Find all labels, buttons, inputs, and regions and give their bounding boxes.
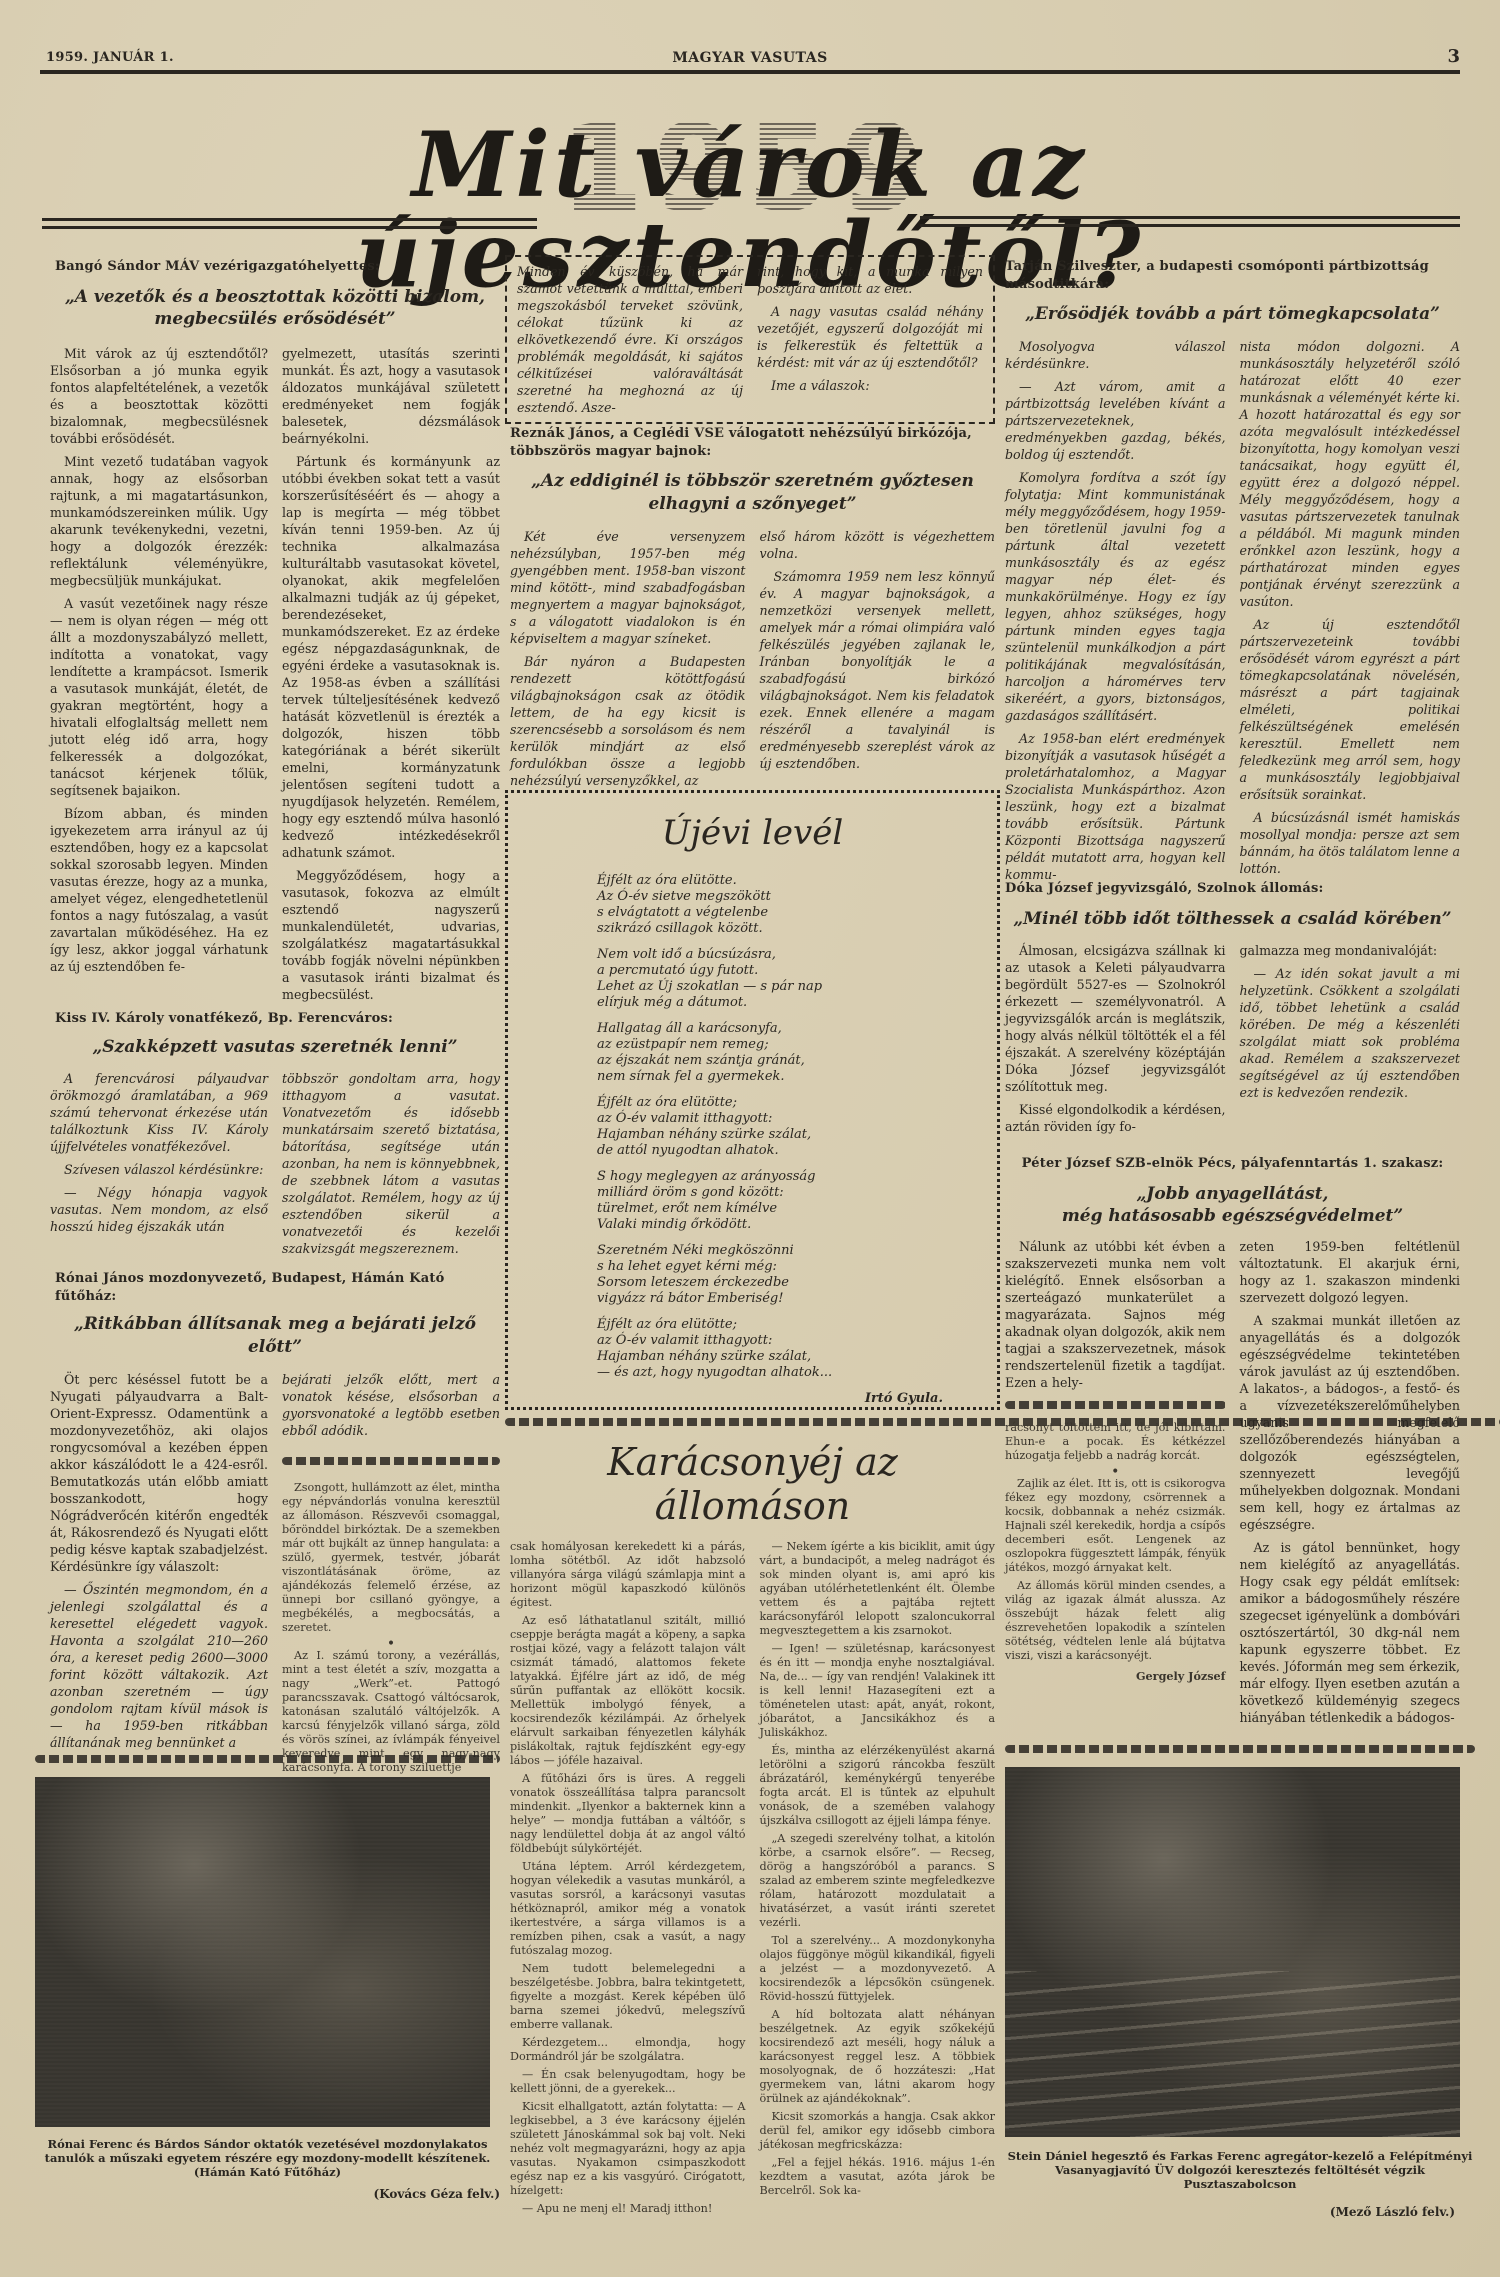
- byline: Reznák János, a Ceglédi VSE válogatott n…: [510, 425, 995, 460]
- article-kiss: Kiss IV. Károly vonatfékező, Bp. Ferencv…: [50, 1010, 500, 1263]
- article-title: „Szakképzett vasutas szeretnék lenni”: [50, 1036, 500, 1059]
- text-column: — Nekem ígérte a kis biciklit, amit úgy …: [760, 1540, 996, 2220]
- feature-title: Karácsonyéj az állomáson: [510, 1440, 995, 1528]
- paragraph: — Apu ne menj el! Maradj itthon!: [510, 2202, 746, 2216]
- paragraph: Öt perc késéssel futott be a Nyugati pál…: [50, 1371, 268, 1575]
- headline-rule: [920, 216, 1460, 219]
- paragraph: Ime a válaszok:: [757, 377, 983, 394]
- masthead: 1959. JANUÁR 1. MAGYAR VASUTAS 3: [40, 0, 1460, 80]
- paragraph: „Fel a fejjel hékás. 1916. május 1-én ke…: [760, 2156, 996, 2198]
- paragraph: A fűtőházi őrs is üres. A reggeli vonato…: [510, 1772, 746, 1856]
- paragraph: zeten 1959-ben feltétlenül változtatunk.…: [1240, 1238, 1461, 1306]
- paragraph: Kicsit szomorkás a hangja. Csak akkor de…: [760, 2110, 996, 2152]
- article-title: még hatásosabb egészségvédelmet”: [1005, 1205, 1460, 1228]
- decorative-divider: [1005, 1745, 1475, 1753]
- paragraph: rácsonyt töltöttem itt, de jól kibírtam.…: [1005, 1421, 1226, 1463]
- poem-line: milliárd öröm s gond között:: [597, 1185, 973, 1201]
- paragraph: „A szegedi szerelvény tolhat, a kitolón …: [760, 1832, 996, 1930]
- feature-lead-column: Zsongott, hullámzott az élet, mintha egy…: [282, 1481, 500, 1775]
- paragraph: — Négy hónapja vagyok vasutas. Nem mondo…: [50, 1184, 268, 1235]
- poem-line: Nem volt idő a búcsúzásra,: [597, 947, 973, 963]
- paragraph: Kicsit elhallgatott, aztán folytatta: — …: [510, 2100, 746, 2198]
- article-reznak: Reznák János, a Ceglédi VSE válogatott n…: [510, 425, 995, 795]
- poem-stanza: Éjfélt az óra elütötte.Az Ó-év sietve me…: [597, 873, 973, 937]
- poem-line: az éjszakát nem szántja gránát,: [597, 1053, 973, 1069]
- poem-line: s ha lehet egyet kérni még:: [597, 1259, 973, 1275]
- byline: Péter József SZB-elnök Pécs, pályafennta…: [1005, 1155, 1460, 1173]
- paragraph: Tol a szerelvény... A mozdonykonyha olaj…: [760, 1934, 996, 2004]
- text-column: Két éve versenyzem nehézsúlyban, 1957-be…: [510, 528, 746, 795]
- decorative-divider: [35, 1755, 500, 1763]
- poem-stanza: Éjfélt az óra elütötte;az Ó-év valamit i…: [597, 1095, 973, 1159]
- poem-body: Éjfélt az óra elütötte.Az Ó-év sietve me…: [597, 873, 973, 1381]
- poem-line: Hajamban néhány szürke szálat,: [597, 1349, 973, 1365]
- paragraph: Két éve versenyzem nehézsúlyban, 1957-be…: [510, 528, 746, 647]
- paragraph: És, mintha az elérzékenyülést akarná let…: [760, 1744, 996, 1828]
- article-title: „Erősödjék tovább a párt tömegkapcsolata…: [1005, 303, 1460, 326]
- paragraph: — Igen! — születésnap, karácsonyest és é…: [760, 1642, 996, 1740]
- article-title: „Az eddiginél is többször szeretném győz…: [530, 470, 975, 516]
- section-dot: •: [1005, 1467, 1226, 1477]
- byline: Rónai János mozdonyvezető, Budapest, Hám…: [55, 1270, 500, 1305]
- paragraph: nista módon dolgozni. A munkásosztály he…: [1240, 338, 1461, 610]
- headline-rule: [42, 218, 537, 221]
- text-column: első három között is végezhettem volna. …: [760, 528, 996, 795]
- poem-stanza: S hogy meglegyen az arányosságmilliárd ö…: [597, 1169, 973, 1233]
- poem-stanza: Szeretném Néki megköszönnis ha lehet egy…: [597, 1243, 973, 1307]
- poem-line: de attól nyugodtan alhatok.: [597, 1143, 973, 1159]
- article-tarjan: Tarján Szilveszter, a budapesti csomópon…: [1005, 258, 1460, 889]
- paragraph: galmazza meg mondanivalóját:: [1240, 942, 1461, 959]
- paragraph: gyelmezett, utasítás szerinti munkát. És…: [282, 345, 500, 447]
- text-column: Álmosan, elcsigázva szállnak ki az utaso…: [1005, 942, 1226, 1141]
- text-column: Mit várok az új esztendőtől? Elsősorban …: [50, 345, 268, 1009]
- poem-stanza: Nem volt idő a búcsúzásra,a percmutató ú…: [597, 947, 973, 1011]
- text-column: gyelmezett, utasítás szerinti munkát. És…: [282, 345, 500, 1009]
- photo-credit: (Mező László felv.): [1005, 2205, 1455, 2219]
- poem-line: Hajamban néhány szürke szálat,: [597, 1127, 973, 1143]
- text-column: többször gondoltam arra, hogy itthagyom …: [282, 1070, 500, 1263]
- paragraph: Utána léptem. Arról kérdezgetem, hogyan …: [510, 1860, 746, 1958]
- headline-rule: [42, 226, 537, 229]
- text-column: Nálunk az utóbbi két évben a szakszervez…: [1005, 1238, 1226, 1732]
- text-column: galmazza meg mondanivalóját: — Az idén s…: [1240, 942, 1461, 1141]
- paragraph: Zsongott, hullámzott az élet, mintha egy…: [282, 1481, 500, 1635]
- paragraph: Számomra 1959 nem lesz könnyű év. A magy…: [760, 568, 996, 772]
- paragraph: bejárati jelzők előtt, mert a vonatok ké…: [282, 1371, 500, 1439]
- poem-line: elírjuk még a dátumot.: [597, 995, 973, 1011]
- feature-column-3: rácsonyt töltöttem itt, de jól kibírtam.…: [1005, 1421, 1226, 1683]
- paragraph: — Őszintén megmondom, én a jelenlegi szo…: [50, 1581, 268, 1751]
- photo-caption: Stein Dániel hegesztő és Farkas Ferenc a…: [1005, 2149, 1475, 2191]
- poem-line: Hallgatag áll a karácsonyfa,: [597, 1021, 973, 1037]
- article-bango: Bangó Sándor MÁV vezérigazgatóhelyettes:…: [50, 258, 500, 1009]
- page-number: 3: [1447, 46, 1460, 67]
- photo-block-right: Stein Dániel hegesztő és Farkas Ferenc a…: [1005, 1745, 1475, 2219]
- paragraph: Mit várok az új esztendőtől? Elsősorban …: [50, 345, 268, 447]
- article-title: „Minél több időt tölthessek a család kör…: [1005, 908, 1460, 931]
- paragraph: első három között is végezhettem volna.: [760, 528, 996, 562]
- paragraph: csak homályosan kerekedett ki a párás, l…: [510, 1540, 746, 1610]
- paragraph: Komolyra fordítva a szót így folytatja: …: [1005, 469, 1226, 724]
- poem-line: az Ó-év valamit itthagyott:: [597, 1333, 973, 1349]
- paragraph: Kérdezgetem... elmondja, hogy Dormándról…: [510, 2036, 746, 2064]
- photo-caption: Rónai Ferenc és Bárdos Sándor oktatók ve…: [35, 2137, 500, 2179]
- paragraph: Bár nyáron a Budapesten rendezett kötött…: [510, 653, 746, 789]
- paragraph: Pártunk és kormányunk az utóbbi években …: [282, 453, 500, 861]
- photo-credit: (Kovács Géza felv.): [35, 2187, 500, 2201]
- poem-line: szikrázó csillagok között.: [597, 921, 973, 937]
- article-ronai: Rónai János mozdonyvezető, Budapest, Hám…: [50, 1270, 500, 1779]
- paragraph: — Azt várom, amit a pártbizottság levelé…: [1005, 378, 1226, 463]
- poem-line: vigyázz rá bátor Emberiség!: [597, 1291, 973, 1307]
- poem-box: Újévi levél Éjfélt az óra elütötte.Az Ó-…: [505, 790, 1000, 1410]
- masthead-rule: [40, 70, 1460, 74]
- poem-line: Valaki mindig őrködött.: [597, 1217, 973, 1233]
- paragraph: Nem tudott belemelegedni a beszélgetésbe…: [510, 1962, 746, 2032]
- article-title: „Ritkábban állítsanak meg a bejárati jel…: [50, 1313, 500, 1359]
- paragraph: Az eső láthatatlanul szitált, millió cse…: [510, 1614, 746, 1768]
- poem-line: Éjfélt az óra elütötte.: [597, 873, 973, 889]
- byline: Kiss IV. Károly vonatfékező, Bp. Ferencv…: [55, 1010, 500, 1028]
- poem-line: a percmutató úgy futott.: [597, 963, 973, 979]
- poem-stanza: Hallgatag áll a karácsonyfa,az ezüstpapí…: [597, 1021, 973, 1085]
- section-dot: •: [282, 1639, 500, 1649]
- article-title: „Jobb anyagellátást,: [1005, 1183, 1460, 1206]
- article-peter: Péter József SZB-elnök Pécs, pályafennta…: [1005, 1155, 1460, 1732]
- paragraph: Kissé elgondolkodik a kérdésen, aztán rö…: [1005, 1101, 1226, 1135]
- paragraph: Mosolyogva válaszol kérdésünkre.: [1005, 338, 1226, 372]
- poem-line: s elvágtatott a végtelenbe: [597, 905, 973, 921]
- text-column: csak homályosan kerekedett ki a párás, l…: [510, 1540, 746, 2220]
- headline-rule: [920, 224, 1460, 227]
- paragraph: Nálunk az utóbbi két évben a szakszervez…: [1005, 1238, 1226, 1391]
- poem-line: türelmet, erőt nem kímélve: [597, 1201, 973, 1217]
- main-headline: 1959 Mit várok az újesztendőtől?: [40, 90, 1460, 240]
- text-column: bejárati jelzők előtt, mert a vonatok ké…: [282, 1371, 500, 1779]
- paragraph: Zajlik az élet. Itt is, ott is csikorogv…: [1005, 1477, 1226, 1575]
- intro-text: rint, hogy kit, a munka milyen posztjára…: [757, 263, 983, 416]
- photo-block-left: Rónai Ferenc és Bárdos Sándor oktatók ve…: [35, 1755, 500, 2201]
- text-column: Öt perc késéssel futott be a Nyugati pál…: [50, 1371, 268, 1779]
- article-doka: Dóka József jegyvizsgáló, Szolnok állomá…: [1005, 880, 1460, 1141]
- poem-line: Lehet az Új szokatlan — s pár nap: [597, 979, 973, 995]
- paragraph: — Nekem ígérte a kis biciklit, amit úgy …: [760, 1540, 996, 1638]
- paragraph: A vasút vezetőinek nagy része — nem is o…: [50, 595, 268, 799]
- paragraph: rint, hogy kit, a munka milyen posztjára…: [757, 263, 983, 297]
- paragraph: Álmosan, elcsigázva szállnak ki az utaso…: [1005, 942, 1226, 1095]
- paragraph: A nagy vasutas család néhány vezetőjét, …: [757, 303, 983, 371]
- poem-line: nem sírnak fel a gyermekek.: [597, 1069, 973, 1085]
- feature-author: Gergely József: [1005, 1669, 1226, 1683]
- paragraph: Az 1958-ban elért eredmények bizonyítják…: [1005, 730, 1226, 883]
- intro-text: Minden év küszöbén, ha már számot vetett…: [517, 263, 743, 416]
- paragraph: A búcsúzásnál ismét hamiskás mosollyal m…: [1240, 809, 1461, 877]
- paragraph: A ferencvárosi pályaudvar örökmozgó áram…: [50, 1070, 268, 1155]
- byline: Bangó Sándor MÁV vezérigazgatóhelyettes:: [55, 258, 500, 276]
- poem-line: Az Ó-év sietve megszökött: [597, 889, 973, 905]
- newspaper-name: MAGYAR VASUTAS: [40, 50, 1460, 66]
- poem-stanza: Éjfélt az óra elütötte;az Ó-év valamit i…: [597, 1317, 973, 1381]
- article-title: „A vezetők és a beosztottak közötti biza…: [50, 286, 500, 332]
- byline: Dóka József jegyvizsgáló, Szolnok állomá…: [1005, 880, 1460, 898]
- paragraph: — Én csak belenyugodtam, hogy be kellett…: [510, 2068, 746, 2096]
- paragraph: Az új esztendőtől pártszervezeteink tová…: [1240, 616, 1461, 803]
- paragraph: Meggyőződésem, hogy a vasutasok, fokozva…: [282, 867, 500, 1003]
- decorative-divider: [1005, 1401, 1226, 1409]
- poem-line: Éjfélt az óra elütötte;: [597, 1317, 973, 1333]
- paragraph: — Az idén sokat javult a mi helyzetünk. …: [1240, 965, 1461, 1101]
- photo-track-welding: [1005, 1767, 1460, 2137]
- poem-author: Irtó Gyula.: [532, 1391, 943, 1406]
- byline: Tarján Szilveszter, a budapesti csomópon…: [1005, 258, 1460, 293]
- paragraph: Az is gátol bennünket, hogy nem kielégít…: [1240, 1539, 1461, 1726]
- paragraph: Szívesen válaszol kérdésünkre:: [50, 1161, 268, 1178]
- paragraph: többször gondoltam arra, hogy itthagyom …: [282, 1070, 500, 1257]
- paragraph: Bízom abban, és minden igyekezetem arra …: [50, 805, 268, 975]
- text-column: nista módon dolgozni. A munkásosztály he…: [1240, 338, 1461, 889]
- feature-karacsonyej: Karácsonyéj az állomáson csak homályosan…: [510, 1440, 995, 2220]
- paragraph: A szakmai munkát illetően az anyagellátá…: [1240, 1312, 1461, 1533]
- poem-line: S hogy meglegyen az arányosság: [597, 1169, 973, 1185]
- photo-locomotive-model: [35, 1777, 490, 2127]
- text-column: A ferencvárosi pályaudvar örökmozgó áram…: [50, 1070, 268, 1263]
- poem-line: az ezüstpapír nem remeg;: [597, 1037, 973, 1053]
- text-column: zeten 1959-ben feltétlenül változtatunk.…: [1240, 1238, 1461, 1732]
- poem-line: Sorsom leteszem érckezedbe: [597, 1275, 973, 1291]
- poem-line: Éjfélt az óra elütötte;: [597, 1095, 973, 1111]
- poem-title: Újévi levél: [532, 813, 973, 853]
- poem-line: — és azt, hogy nyugodtan alhatok...: [597, 1365, 973, 1381]
- paragraph: A híd boltozata alatt néhányan beszélget…: [760, 2008, 996, 2106]
- poem-line: az Ó-év valamit itthagyott:: [597, 1111, 973, 1127]
- paragraph: Mint vezető tudatában vagyok annak, hogy…: [50, 453, 268, 589]
- paragraph: Az állomás körül minden csendes, a világ…: [1005, 1579, 1226, 1663]
- decorative-divider: [282, 1457, 500, 1465]
- text-column: Mosolyogva válaszol kérdésünkre. — Azt v…: [1005, 338, 1226, 889]
- intro-box: Minden év küszöbén, ha már számot vetett…: [505, 255, 995, 424]
- poem-line: Szeretném Néki megköszönni: [597, 1243, 973, 1259]
